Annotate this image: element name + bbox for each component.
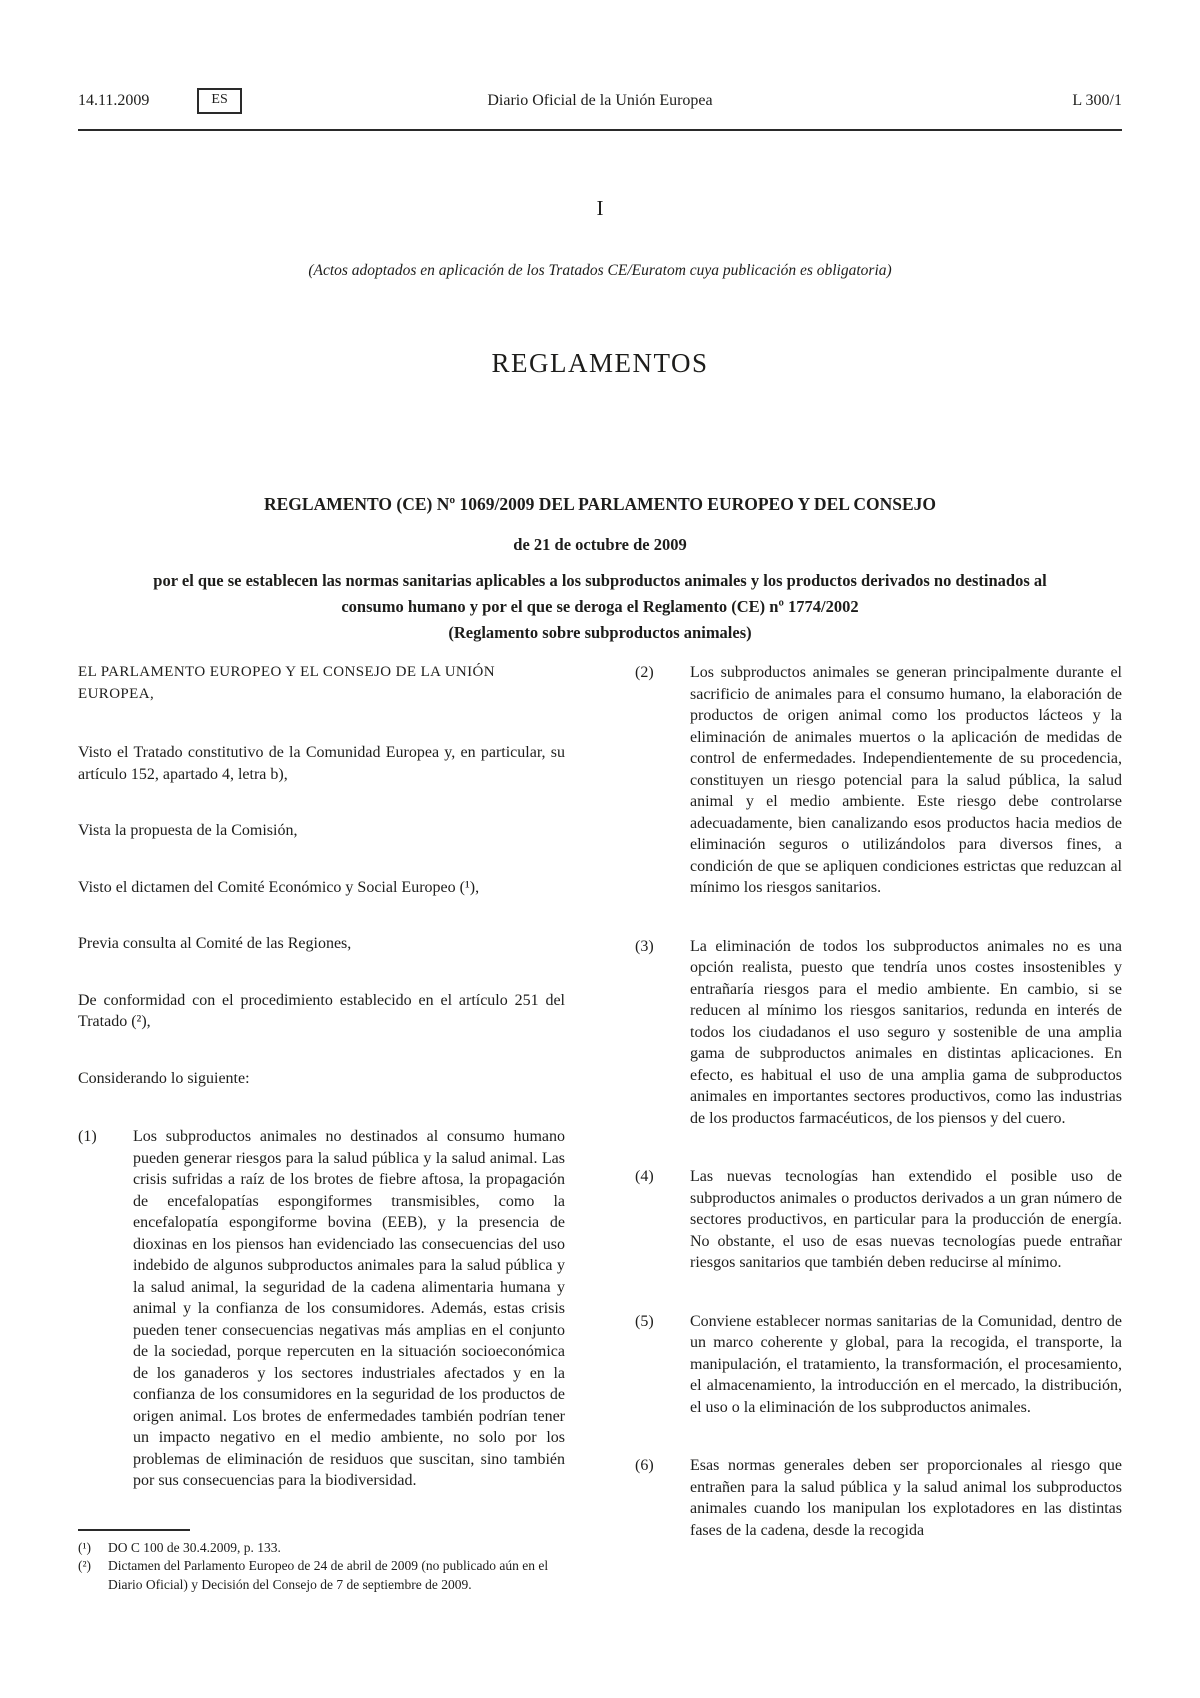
citation-committee-regions: Previa consulta al Comité de las Regione… <box>78 933 565 955</box>
recital-4: (4) Las nuevas tecnologías han extendido… <box>635 1166 1122 1274</box>
recital-number: (1) <box>78 1126 133 1492</box>
recital-number: (4) <box>635 1166 690 1274</box>
citation-eesc-opinion: Visto el dictamen del Comité Económico y… <box>78 877 565 899</box>
recital-1: (1) Los subproductos animales no destina… <box>78 1126 565 1492</box>
footnotes: (¹) DO C 100 de 30.4.2009, p. 133. (²) D… <box>78 1529 565 1595</box>
recital-text: Conviene establecer normas sanitarias de… <box>690 1311 1122 1419</box>
regulation-subject: por el que se establecen las normas sani… <box>145 568 1055 620</box>
journal-title: Diario Oficial de la Unión Europea <box>487 92 712 110</box>
enacting-formula: EL PARLAMENTO EUROPEO Y EL CONSEJO DE LA… <box>78 662 565 705</box>
recital-text: Los subproductos animales no destinados … <box>133 1126 565 1492</box>
recital-number: (6) <box>635 1455 690 1541</box>
header-left: 14.11.2009 ES <box>78 88 487 114</box>
citation-commission-proposal: Vista la propuesta de la Comisión, <box>78 820 565 842</box>
regulation-short-title: (Reglamento sobre subproductos animales) <box>145 620 1055 646</box>
citation-procedure: De conformidad con el procedimiento esta… <box>78 990 565 1033</box>
header-date: 14.11.2009 <box>78 92 149 110</box>
footnote-text: Dictamen del Parlamento Europeo de 24 de… <box>108 1557 565 1594</box>
body-columns: EL PARLAMENTO EUROPEO Y EL CONSEJO DE LA… <box>78 662 1122 1594</box>
section-numeral: I <box>0 196 1200 221</box>
recital-text: La eliminación de todos los subproductos… <box>690 936 1122 1130</box>
recital-number: (5) <box>635 1311 690 1419</box>
header-rule <box>78 129 1122 131</box>
footnote-marker: (²) <box>78 1557 108 1594</box>
right-column: (2) Los subproductos animales se generan… <box>635 662 1122 1594</box>
section-heading: REGLAMENTOS <box>0 348 1200 379</box>
recital-number: (3) <box>635 936 690 1130</box>
left-column: EL PARLAMENTO EUROPEO Y EL CONSEJO DE LA… <box>78 662 565 1594</box>
regulation-date-line: de 21 de octubre de 2009 <box>130 535 1070 555</box>
language-badge: ES <box>197 88 241 114</box>
footnote-1: (¹) DO C 100 de 30.4.2009, p. 133. <box>78 1539 565 1558</box>
regulation-title: REGLAMENTO (CE) Nº 1069/2009 DEL PARLAME… <box>130 494 1070 515</box>
recital-number: (2) <box>635 662 690 899</box>
recital-text: Las nuevas tecnologías han extendido el … <box>690 1166 1122 1274</box>
footnote-text: DO C 100 de 30.4.2009, p. 133. <box>108 1539 565 1558</box>
recital-text: Esas normas generales deben ser proporci… <box>690 1455 1122 1541</box>
official-journal-page: 14.11.2009 ES Diario Oficial de la Unión… <box>0 0 1200 1698</box>
citation-treaty: Visto el Tratado constitutivo de la Comu… <box>78 742 565 785</box>
page-reference: L 300/1 <box>713 92 1122 110</box>
recital-5: (5) Conviene establecer normas sanitaria… <box>635 1311 1122 1419</box>
footnote-2: (²) Dictamen del Parlamento Europeo de 2… <box>78 1557 565 1594</box>
page-header: 14.11.2009 ES Diario Oficial de la Unión… <box>78 88 1122 114</box>
recital-3: (3) La eliminación de todos los subprodu… <box>635 936 1122 1130</box>
recital-2: (2) Los subproductos animales se generan… <box>635 662 1122 899</box>
recitals-intro: Considerando lo siguiente: <box>78 1068 565 1090</box>
regulation-subject-block: por el que se establecen las normas sani… <box>145 568 1055 646</box>
section-note: (Actos adoptados en aplicación de los Tr… <box>0 262 1200 280</box>
footnote-separator <box>78 1529 190 1531</box>
footnote-marker: (¹) <box>78 1539 108 1558</box>
recital-text: Los subproductos animales se generan pri… <box>690 662 1122 899</box>
recital-6: (6) Esas normas generales deben ser prop… <box>635 1455 1122 1541</box>
